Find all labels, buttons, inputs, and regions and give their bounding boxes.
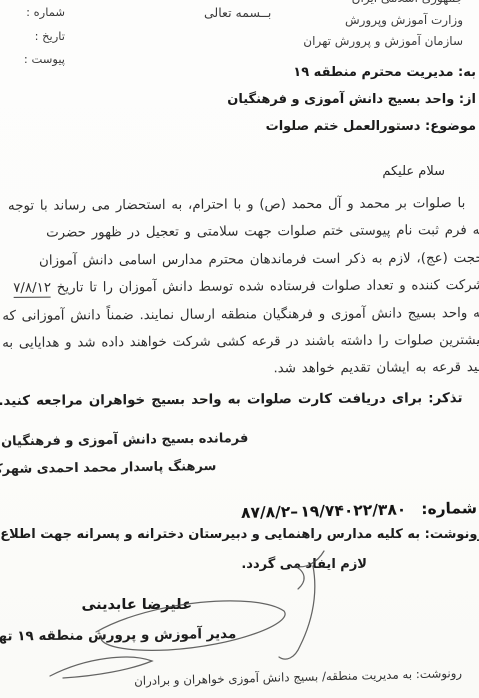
signature-tail-stroke — [279, 566, 315, 659]
salutation: سلام علیکم — [382, 164, 445, 179]
number-label: شماره : — [5, 1, 65, 25]
besmele-text: بــسمه تعالی — [204, 5, 271, 20]
stamp-date: ۸۷/۸/۲ — [241, 503, 291, 522]
signer-title: مدیر آموزش و پرورش منطقه ۱۹ تهران — [0, 626, 236, 645]
to-line: به: مدیریت محترم منطقه ۱۹ — [227, 59, 476, 86]
body-line-text: شرکت کننده و تعداد صلوات فرستاده شده توس… — [57, 278, 479, 296]
body-line: با صلوات بر محمد و آل محمد (ص) و با احتر… — [0, 190, 479, 220]
letterhead: جمهوری اسلامی ایران وزارت آموزش وپرورش س… — [303, 0, 463, 53]
body-line: قید قرعه به ایشان تقدیم خواهد شد. — [0, 354, 479, 384]
commander-title: فرمانده بسیج دانش آموزی و فرهنگیان — [1, 431, 248, 449]
notice-line: تذکر: برای دریافت کارت صلوات به واحد بسی… — [0, 385, 479, 415]
stamp-label: شماره: — [421, 499, 477, 518]
date-label: تاریخ : — [5, 25, 65, 49]
notice-text: تذکر: برای دریافت کارت صلوات به واحد بسی… — [0, 391, 462, 409]
body-line: به واحد بسیج دانش آموزی و فرهنگیان منطقه… — [0, 300, 479, 330]
stamp-separator: – — [290, 503, 299, 521]
subject-line: موضوع: دستورالعمل ختم صلوات — [227, 113, 476, 140]
body-line: حجت (عج)، لازم به ذکر است فرماندهان محتر… — [0, 245, 479, 275]
scanned-letter-page: شماره : تاریخ : پیوست : بــسمه تعالی جمه… — [0, 0, 479, 698]
letterhead-country: جمهوری اسلامی ایران — [303, 0, 463, 10]
letter-body: با صلوات بر محمد و آل محمد (ص) و با احتر… — [0, 190, 479, 415]
footer-copy-line: رونوشت: به مدیریت منطقه/ بسیج دانش آموزی… — [134, 666, 462, 688]
registration-stamp: ۸۷/۸/۲ – ۱۹/۷۴۰۲۲/۳۸۰ شماره: — [241, 499, 477, 522]
letterhead-organization: سازمان آموزش و پرورش تهران — [303, 31, 463, 53]
copy-note-line2: لازم ایفاد می گردد. — [241, 557, 367, 572]
attachment-label: پیوست : — [5, 48, 65, 72]
from-line: از: واحد بسیج دانش آموزی و فرهنگیان — [227, 86, 476, 113]
body-line-with-date: شرکت کننده و تعداد صلوات فرستاده شده توس… — [0, 272, 479, 302]
body-line: بیشترین صلوات را داشته باشند در قرعه کشی… — [0, 327, 479, 357]
copy-note-line1: رونوشت: به کلیه مدارس راهنمایی و دبیرستا… — [0, 527, 479, 542]
body-line: به فرم ثبت نام پیوستی ختم صلوات جهت سلام… — [0, 217, 479, 247]
stamp-number: ۱۹/۷۴۰۲۲/۳۸۰ — [300, 500, 406, 520]
address-block: به: مدیریت محترم منطقه ۱۹ از: واحد بسیج … — [227, 59, 476, 140]
commander-name: سرهنگ پاسدار محمد احمدی شهرکی — [0, 459, 216, 477]
letterhead-ministry: وزارت آموزش وپرورش — [303, 10, 463, 32]
signer-name: علیرضا عابدینی — [82, 597, 192, 613]
deadline-date: ۷/۸/۱۲ — [13, 281, 51, 298]
letter-meta-labels: شماره : تاریخ : پیوست : — [5, 1, 65, 72]
